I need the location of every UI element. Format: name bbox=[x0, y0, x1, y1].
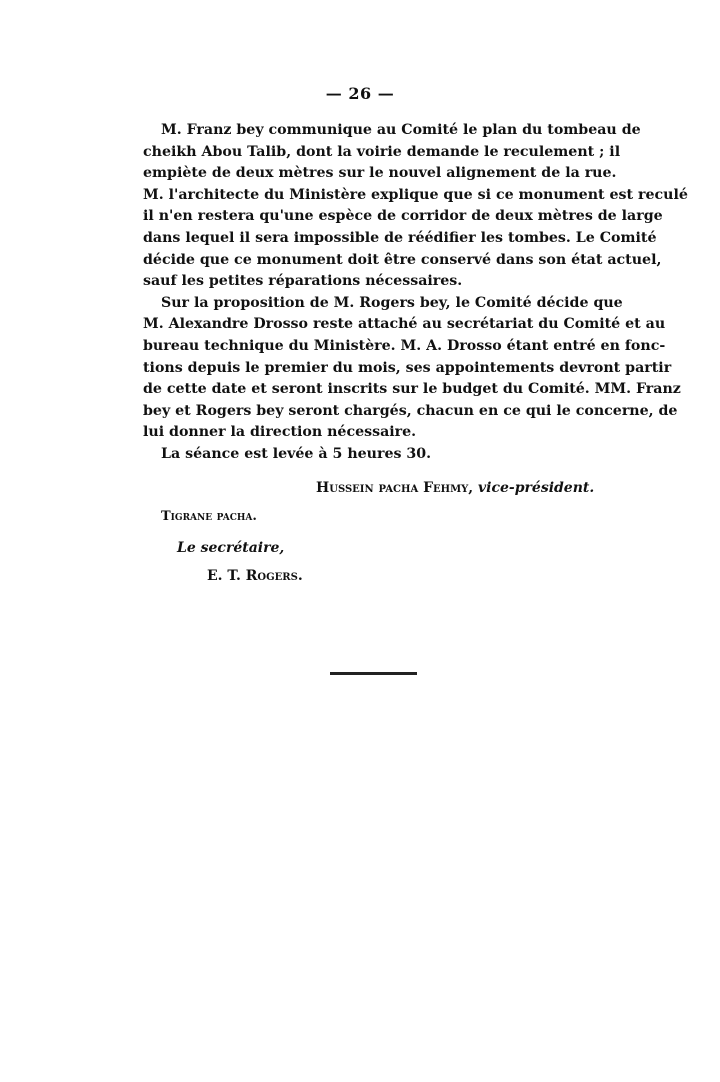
text-line: La séance est levée à 5 heures 30. bbox=[143, 444, 610, 466]
text-line: tions depuis le premier du mois, ses app… bbox=[143, 358, 610, 380]
text-line: bey et Rogers bey seront chargés, chacun… bbox=[143, 401, 610, 423]
body-text: M. Franz bey communique au Comité le pla… bbox=[143, 120, 610, 466]
text-line: bureau technique du Ministère. M. A. Dro… bbox=[143, 336, 610, 358]
text-line: décide que ce monument doit être conserv… bbox=[143, 250, 610, 272]
text-line: cheikh Abou Talib, dont la voirie demand… bbox=[143, 142, 610, 164]
paragraph-drosso: Sur la proposition de M. Rogers bey, le … bbox=[143, 293, 610, 444]
section-divider-rule bbox=[330, 672, 417, 675]
president-title: vice-président. bbox=[478, 480, 594, 496]
secretary-title: Le secrétaire, bbox=[177, 540, 284, 556]
text-line: M. Franz bey communique au Comité le pla… bbox=[143, 120, 610, 142]
text-line: M. l'architecte du Ministère explique qu… bbox=[143, 185, 610, 207]
president-name: Hussein pacha Fehmy, bbox=[316, 480, 473, 496]
text-line: Sur la proposition de M. Rogers bey, le … bbox=[143, 293, 610, 315]
signature-president: Hussein pacha Fehmy, vice-président. bbox=[316, 480, 594, 496]
secretary-name: E. T. Rogers. bbox=[207, 568, 303, 584]
page-number: — 26 — bbox=[0, 84, 720, 103]
text-line: M. Alexandre Drosso reste attaché au sec… bbox=[143, 314, 610, 336]
paragraph-seance-levee: La séance est levée à 5 heures 30. bbox=[143, 444, 610, 466]
text-line: sauf les petites réparations nécessaires… bbox=[143, 271, 610, 293]
text-line: dans lequel il sera impossible de réédif… bbox=[143, 228, 610, 250]
text-line: empiète de deux mètres sur le nouvel ali… bbox=[143, 163, 610, 185]
paragraph-tombeau: M. Franz bey communique au Comité le pla… bbox=[143, 120, 610, 293]
signature-member: Tigrane pacha. bbox=[161, 509, 257, 524]
text-line: de cette date et seront inscrits sur le … bbox=[143, 379, 610, 401]
text-line: il n'en restera qu'une espèce de corrido… bbox=[143, 206, 610, 228]
text-line: lui donner la direction nécessaire. bbox=[143, 422, 610, 444]
